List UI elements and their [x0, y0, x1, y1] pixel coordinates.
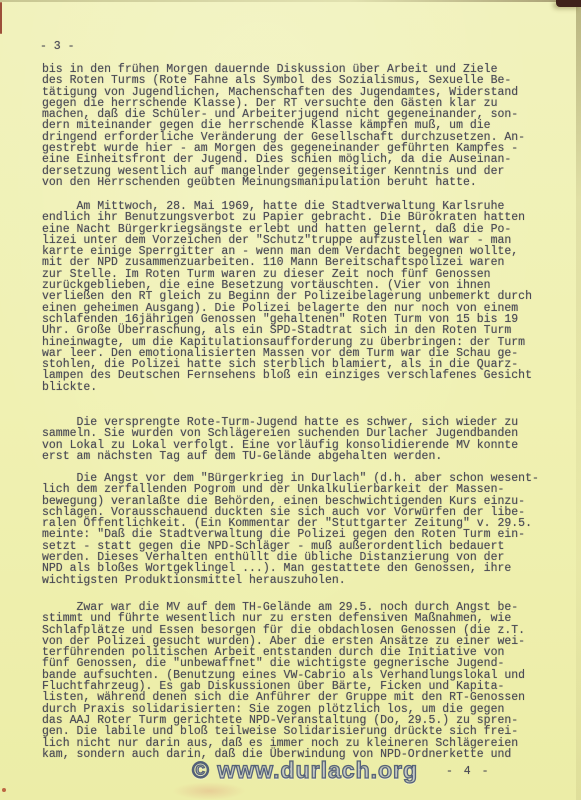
paragraph-4: Die Angst vor dem "Bürgerkrieg in Durlac…: [42, 473, 539, 586]
durlach-org-watermark: © www.durlach.org: [192, 757, 418, 784]
paragraph-1: bis in den frühen Morgen dauernde Diskus…: [42, 64, 525, 188]
paper-stain: [172, 782, 246, 800]
scan-right-edge-shadow: [576, 0, 581, 800]
paragraph-3: Die versprengte Rote-Turm-Jugend hatte e…: [42, 417, 518, 462]
scan-top-edge-shadow: [0, 0, 581, 2]
scan-corner-artifact: [556, 0, 581, 7]
scan-red-speck: [2, 788, 6, 792]
scanned-document-page: - 3 - bis in den frühen Morgen dauernde …: [0, 0, 581, 800]
page-number-bottom: - 4 -: [446, 766, 491, 777]
paragraph-2: Am Mittwoch, 28. Mai 1969, hatte die Sta…: [42, 201, 532, 393]
page-number-top: - 3 -: [40, 41, 75, 52]
paragraph-5: Zwar war die MV auf dem TH-Gelände am 29…: [42, 602, 525, 760]
scan-left-red-mark: [0, 2, 2, 34]
